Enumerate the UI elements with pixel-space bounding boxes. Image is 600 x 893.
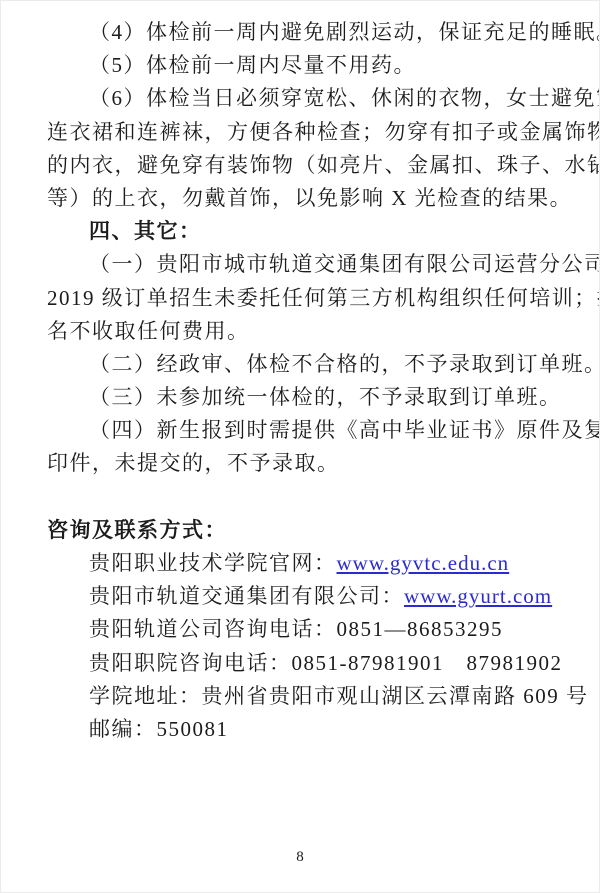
company-website-link[interactable]: www.gyurt.com [404,584,552,608]
page-number: 8 [1,849,599,866]
others-item-1-line-1: （一）贵阳市城市轨道交通集团有限公司运营分公司 [47,248,555,281]
notice-item-6-line-4: 等）的上衣，勿戴首饰，以免影响 X 光检查的结果。 [47,182,555,215]
notice-item-6-line-3: 的内衣，避免穿有装饰物（如亮片、金属扣、珠子、水钻 [47,149,555,182]
others-item-1-line-3: 名不收取任何费用。 [47,315,555,348]
company-website-label: 贵阳市轨道交通集团有限公司： [89,584,404,608]
notice-item-5: （5）体检前一周内尽量不用药。 [47,49,555,82]
others-item-1-line-2: 2019 级订单招生未委托任何第三方机构组织任何培训；报 [47,282,555,315]
notice-item-4: （4）体检前一周内避免剧烈运动，保证充足的睡眠。 [47,16,555,49]
college-website-line: 贵阳职业技术学院官网：www.gyvtc.edu.cn [47,547,555,580]
notice-item-6-line-1: （6）体检当日必须穿宽松、休闲的衣物，女士避免穿 [47,82,555,115]
others-item-2: （二）经政审、体检不合格的，不予录取到订单班。 [47,348,555,381]
rail-company-phone: 贵阳轨道公司咨询电话：0851—86853295 [47,613,555,646]
others-item-4-line-2: 印件，未提交的，不予录取。 [47,447,555,480]
company-website-line: 贵阳市轨道交通集团有限公司：www.gyurt.com [47,580,555,613]
postal-code: 邮编：550081 [47,713,555,746]
document-page: （4）体检前一周内避免剧烈运动，保证充足的睡眠。 （5）体检前一周内尽量不用药。… [0,0,600,893]
others-item-4-line-1: （四）新生报到时需提供《高中毕业证书》原件及复 [47,414,555,447]
others-item-3: （三）未参加统一体检的，不予录取到订单班。 [47,381,555,414]
college-address: 学院地址：贵州省贵阳市观山湖区云潭南路 609 号 [47,680,555,713]
college-website-label: 贵阳职业技术学院官网： [89,551,337,575]
notice-item-6-line-2: 连衣裙和连裤袜，方便各种检查；勿穿有扣子或金属饰物 [47,116,555,149]
college-phone: 贵阳职院咨询电话：0851-87981901 87981902 [47,647,555,680]
document-body: （4）体检前一周内避免剧烈运动，保证充足的睡眠。 （5）体检前一周内尽量不用药。… [47,16,555,746]
section-heading-others: 四、其它： [47,215,555,248]
blank-line [47,481,555,514]
college-website-link[interactable]: www.gyvtc.edu.cn [337,551,510,575]
contact-heading: 咨询及联系方式： [47,514,555,547]
